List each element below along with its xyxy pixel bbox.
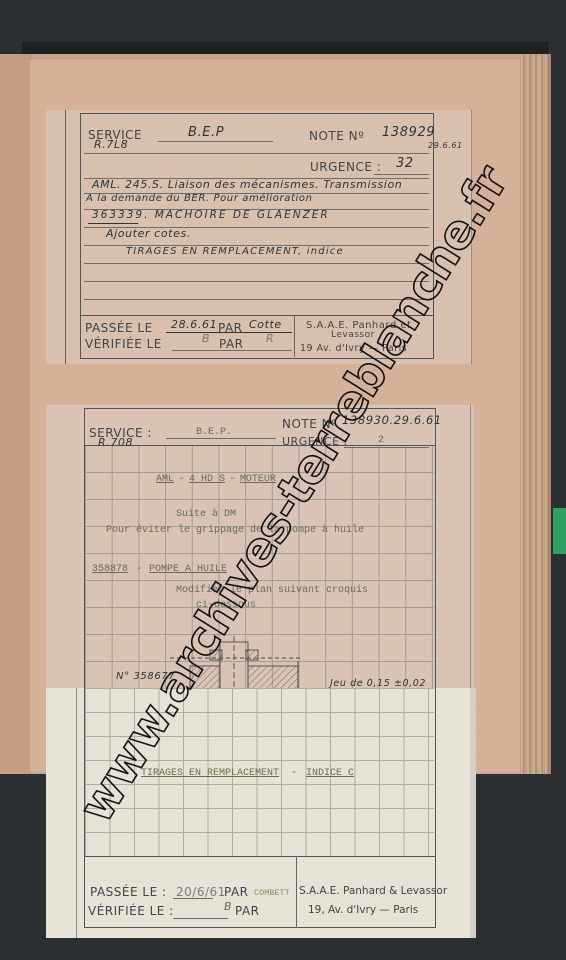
note-label: NOTE Nº <box>309 129 364 143</box>
footer-split <box>296 856 297 928</box>
par-label: PAR <box>235 904 260 918</box>
indice-text: INDICE C <box>306 768 354 779</box>
underline <box>166 438 276 439</box>
footer-split <box>294 315 295 357</box>
line-suite: Suite à DM <box>176 509 236 520</box>
passee-date: 20/6/61 <box>176 885 226 899</box>
part-number: 358878 <box>92 564 128 575</box>
line-1: AML. 245.S. Liaison des mécanismes. Tran… <box>92 178 402 191</box>
company-line-1: S.A.A.E. Panhard & Levassor <box>299 885 447 897</box>
heading-variant: 4 HD S <box>189 474 225 485</box>
part-underline <box>88 223 138 224</box>
card-right-line <box>470 405 471 735</box>
card-margin-line <box>65 110 66 364</box>
service-value: B.E.P <box>188 125 224 140</box>
passee-par: Cotte <box>249 318 282 331</box>
line-5: TIRAGES EN REMPLACEMENT, indice <box>126 246 344 257</box>
service-value: B.E.P. <box>196 427 232 438</box>
verifiee-par: R <box>266 332 274 345</box>
underline <box>344 447 429 448</box>
rule <box>84 299 429 300</box>
line-3: 363339. MACHOIRE DE GLAENZER <box>92 209 330 221</box>
note-number: 138929 <box>382 125 435 140</box>
heading-sep: - <box>178 474 184 485</box>
par-label: PAR <box>224 885 249 899</box>
card-margin-line <box>76 688 77 938</box>
urgence-label: URGENCE : <box>310 160 381 174</box>
heading-sep: - <box>229 474 235 485</box>
verifiee-label: VÉRIFIÉE LE : <box>88 904 174 918</box>
line-4: Ajouter cotes. <box>106 227 191 240</box>
tirages-dash: - <box>291 768 297 779</box>
heading-line: AML - 4 HD S - MOTEUR <box>156 468 276 486</box>
line-2: A la demande du BER. Pour amélioration <box>86 193 313 204</box>
passee-label: PASSÉE LE : <box>90 885 167 899</box>
passee-date: 28.6.61 <box>171 318 217 331</box>
service-ref: R.708 <box>98 436 133 449</box>
verifiee-value: B <box>224 900 232 913</box>
underline <box>173 898 213 899</box>
part-dash: - <box>136 564 142 575</box>
urgence-value: 2 <box>378 435 384 446</box>
service-ref: R.7L8 <box>94 138 128 151</box>
rule <box>84 281 429 282</box>
verifiee-label: VÉRIFIÉE LE <box>85 337 162 351</box>
page-left-margin <box>0 54 31 774</box>
urgence-value: 32 <box>396 156 414 171</box>
underline <box>374 174 429 175</box>
passee-label: PASSÉE LE <box>85 321 153 335</box>
footer-divider <box>85 856 435 857</box>
rule <box>84 263 429 264</box>
company-line-2: 19, Av. d'Ivry — Paris <box>308 904 418 916</box>
par-label: PAR <box>219 337 244 351</box>
rule <box>84 153 429 154</box>
note-date: 29.6.61 <box>428 141 463 150</box>
heading-model: AML <box>156 474 174 485</box>
green-index-tab <box>553 508 566 554</box>
underline <box>158 141 273 142</box>
tirages-text: TIRAGES EN REMPLACEMENT <box>141 768 279 779</box>
passee-par: COMBETT <box>254 888 290 898</box>
underline <box>173 918 228 919</box>
verifiee-value: B <box>202 332 210 345</box>
